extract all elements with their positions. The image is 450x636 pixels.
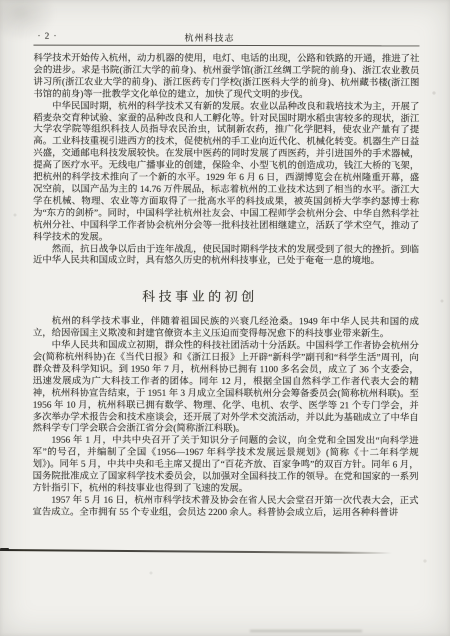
scan-artifact-blob bbox=[0, 548, 9, 551]
body-paragraph: 中华民国时期，杭州的科学技术又有新的发展。农业以品种改良和栽培技术为主，开展了稻… bbox=[33, 101, 419, 245]
scanned-book-page: · 2 · 杭州科技志 科学技术开始传入杭州，动力机器的使用，电灯、电话的出现，… bbox=[0, 0, 450, 636]
book-title: 杭州科技志 bbox=[16, 31, 402, 45]
body-paragraph: 1957 年 5 月 16 日，杭州市科学技术普及协会在省人民大会堂召开第一次代… bbox=[32, 496, 418, 521]
body-paragraph: 科学技术开始传入杭州，动力机器的使用，电灯、电话的出现，公路和铁路的开通，推进了… bbox=[33, 54, 419, 102]
body-paragraph: 1956 年 1 月，中共中央召开了关于知识分子问题的会议，向全党和全国发出“向… bbox=[33, 436, 419, 496]
body-paragraph: 中华人民共和国成立初期，群众性的科技社团活动十分活跃。中国科学工作者协会杭州分会… bbox=[33, 341, 419, 437]
body-paragraph: 杭州的科学技术事业，伴随着祖国民族的兴衰几经沧桑。1949 年中华人民共和国的成… bbox=[33, 317, 419, 342]
scan-specks bbox=[0, 0, 2, 2]
scan-artifact-line bbox=[0, 549, 392, 554]
header-rule bbox=[33, 45, 419, 47]
scan-smudge-bottom bbox=[250, 630, 362, 632]
section-heading: 科技事业的初创 bbox=[7, 286, 393, 306]
running-header: · 2 · 杭州科技志 bbox=[33, 31, 419, 45]
body-paragraph: 然而，抗日战争以后由于连年战乱，使民国时期科学技术的发展受到了很大的挫折。到临近… bbox=[33, 244, 419, 269]
page-content: · 2 · 杭州科技志 科学技术开始传入杭州，动力机器的使用，电灯、电话的出现，… bbox=[32, 31, 419, 521]
